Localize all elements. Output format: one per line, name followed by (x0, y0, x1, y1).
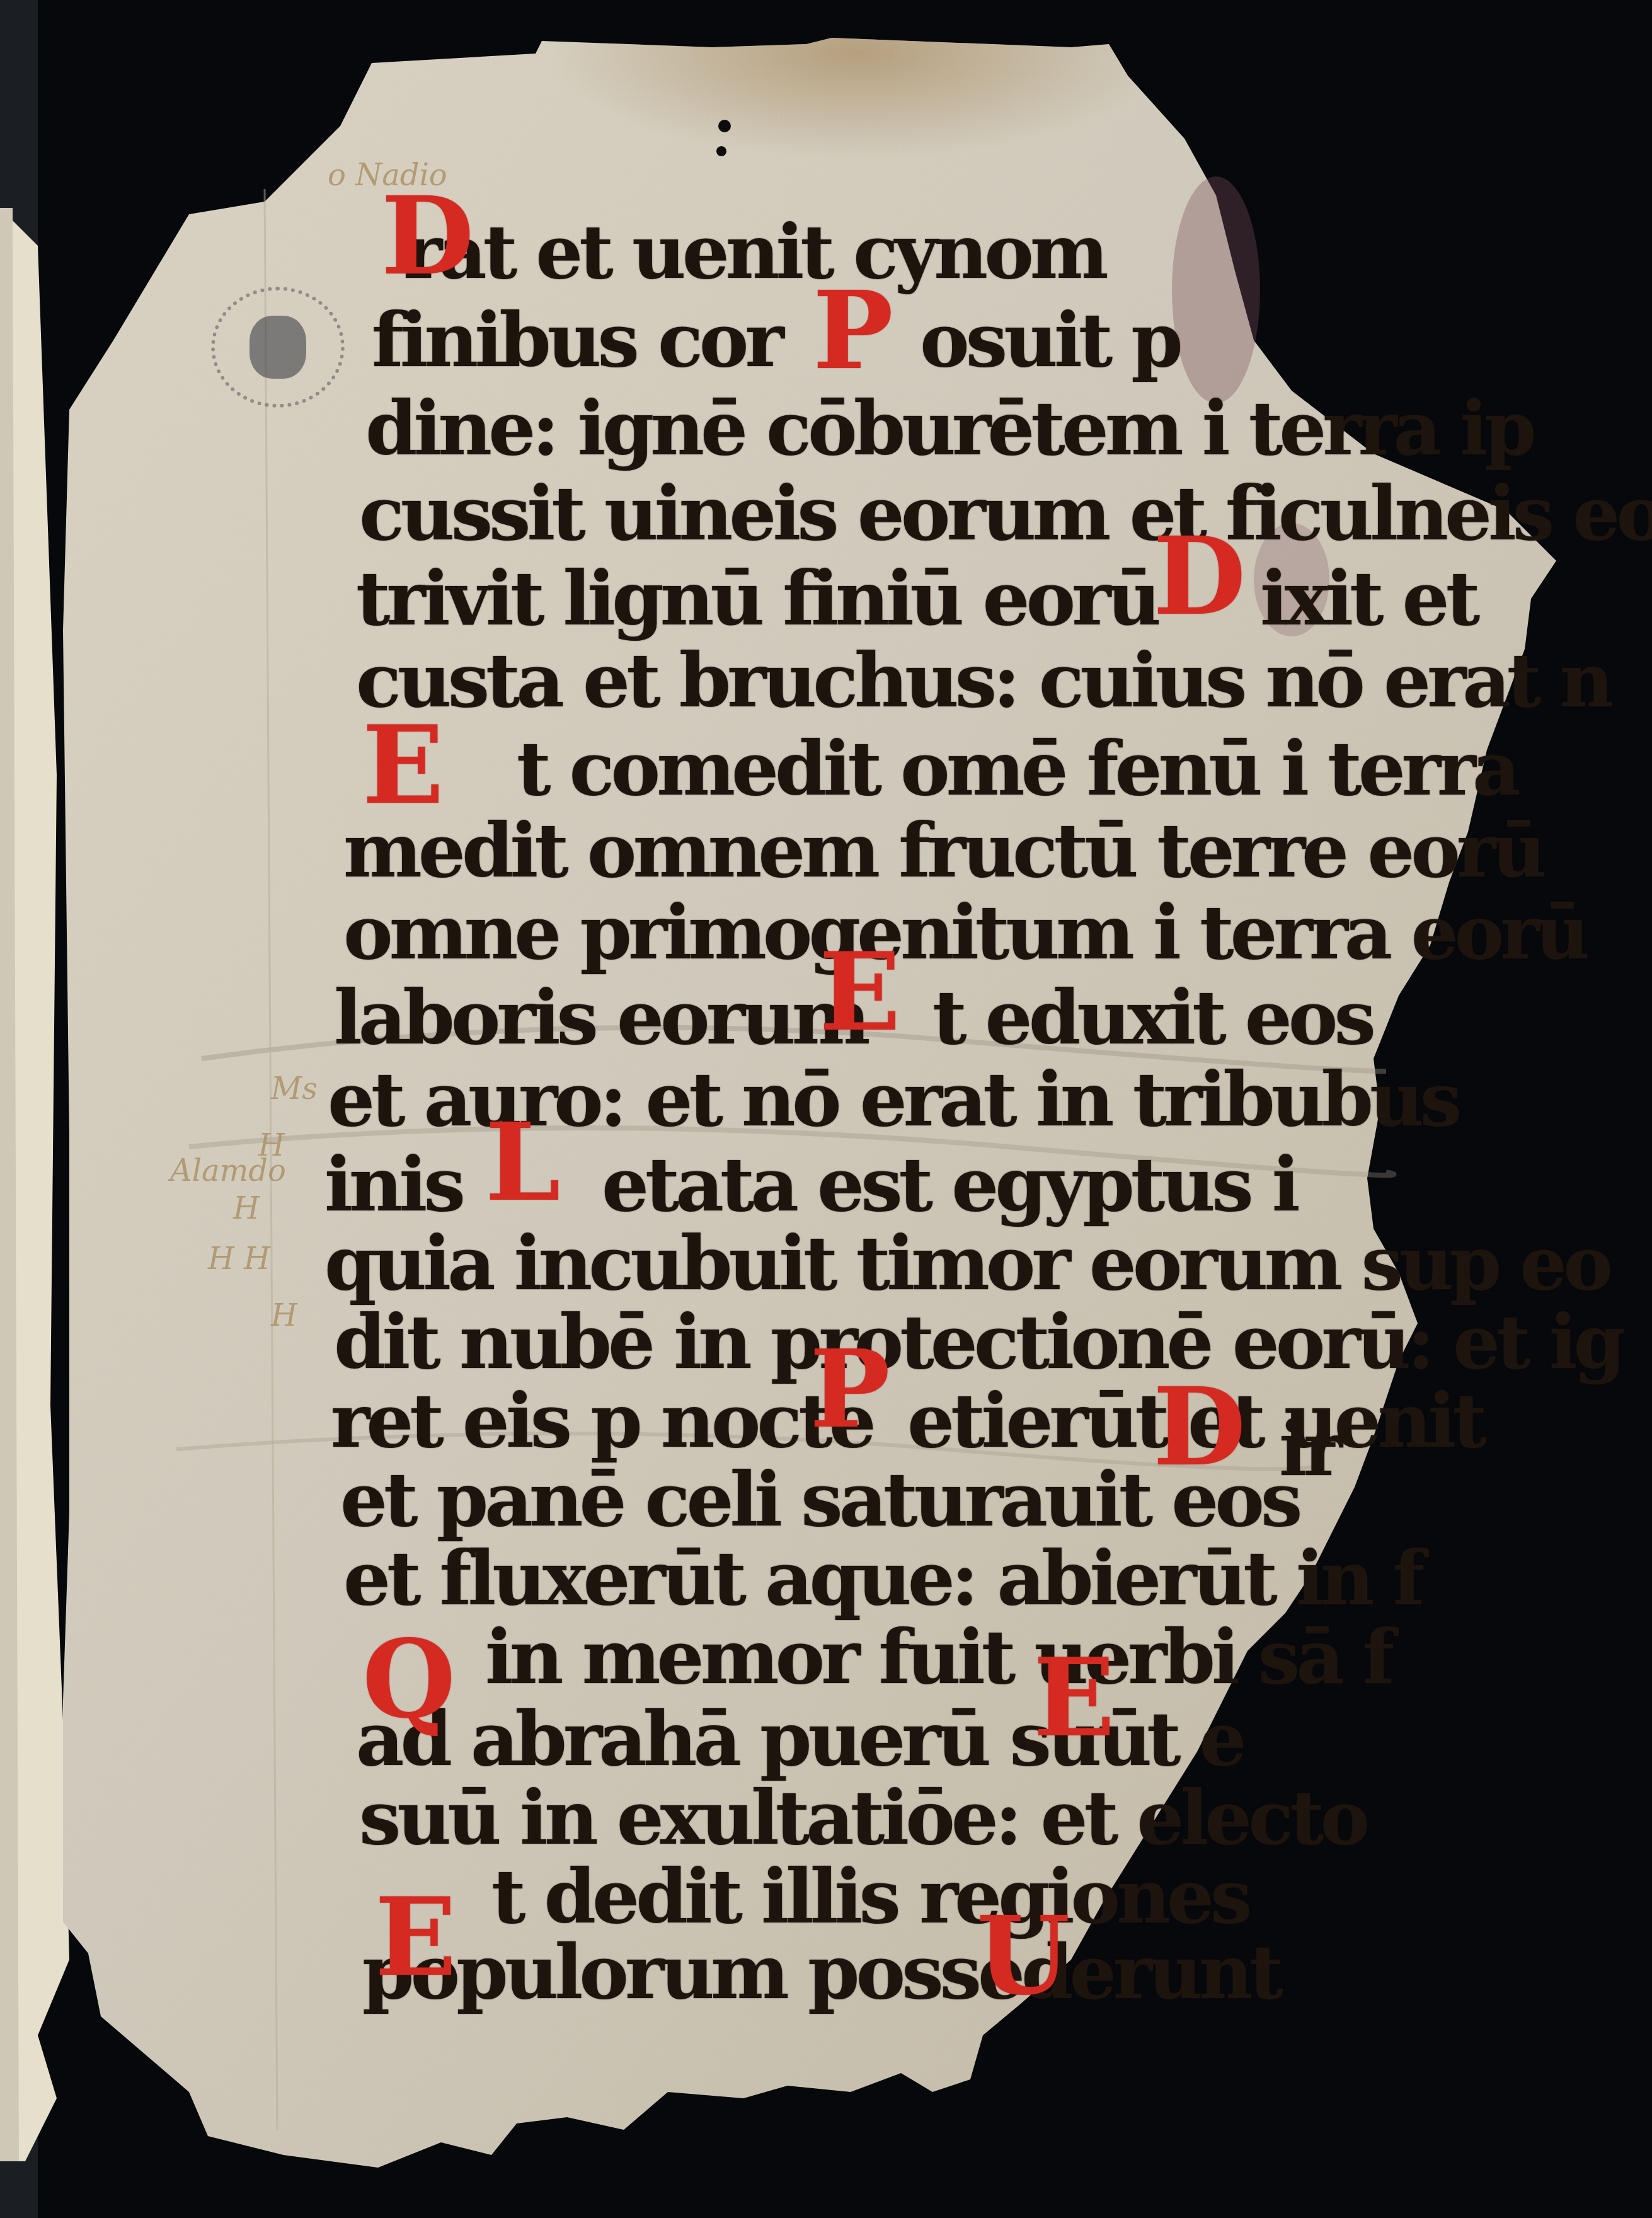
red-initial-u: U (977, 1903, 1070, 2010)
text-line: finibus cor (372, 296, 781, 384)
text-line: omne primogenitum i terra eorū (343, 888, 1586, 976)
text-line: trivit lignū finiū eorū (356, 554, 1157, 642)
margin-note: H (271, 1298, 297, 1333)
red-initial-p: P (810, 1336, 890, 1443)
text-line: populorum possederunt (362, 1928, 1280, 2016)
red-initial-e: E (375, 1884, 457, 1991)
red-initial-d: D (381, 183, 474, 290)
text-line-continuation: ixit et (1260, 554, 1476, 642)
text-line: t dedit illis regiones (491, 1853, 1249, 1940)
text-line: t comedit omē fenū i terra (517, 725, 1517, 812)
red-initial-d: D (1153, 523, 1246, 630)
text-line: ret eis p nocte (331, 1377, 873, 1464)
red-initial-d: D (1153, 1374, 1246, 1481)
text-line: dine: ignē cōburētem i terra ip (365, 384, 1532, 472)
text-line: et fluxerūt aque: abierūt in f (343, 1534, 1421, 1622)
red-initial-l: L (485, 1109, 561, 1216)
text-line-continuation: t eduxit eos (932, 974, 1372, 1061)
text-line: custa et bruchus: cuius nō erat n (356, 636, 1610, 724)
margin-note: Ms (271, 1071, 318, 1106)
red-initial-e: E (819, 939, 901, 1046)
text-line-continuation: ir (1279, 1405, 1339, 1493)
text-line: quia incubuit timor eorum sup eo (324, 1219, 1609, 1307)
text-line-continuation: osuit p (920, 296, 1179, 384)
text-line: cussit uineis eorum et ficulneis eo (359, 469, 1652, 557)
text-line: rat et uenit cynom (403, 208, 1105, 296)
red-initial-q: Q (362, 1626, 456, 1733)
text-line: dit nubē in protectionē eorū: et ig (334, 1298, 1622, 1386)
text-line: medit omnem fructū terre eorū (343, 807, 1542, 894)
red-initial-e: E (362, 712, 444, 819)
text-line: suū in exultatiōe: et electo (359, 1774, 1366, 1861)
text-line-continuation: etata est egyptus i (602, 1141, 1296, 1228)
stamp-emblem (250, 316, 306, 379)
text-line: ad abrahā puerū suū (356, 1695, 1148, 1783)
text-line-continuation: t e (1147, 1695, 1243, 1783)
red-initial-p: P (813, 277, 893, 384)
margin-note: H H (208, 1241, 270, 1277)
text-line: inis (324, 1141, 462, 1228)
margin-note: H (233, 1191, 260, 1226)
red-initial-e: E (1033, 1645, 1115, 1752)
margin-note: o Nadio (328, 158, 447, 193)
library-stamp (211, 287, 345, 408)
margin-note: Alamdo (170, 1153, 286, 1188)
text-line: laboris eorum (334, 974, 867, 1061)
text-line: in memor fuit uerbi sā f (485, 1613, 1391, 1701)
